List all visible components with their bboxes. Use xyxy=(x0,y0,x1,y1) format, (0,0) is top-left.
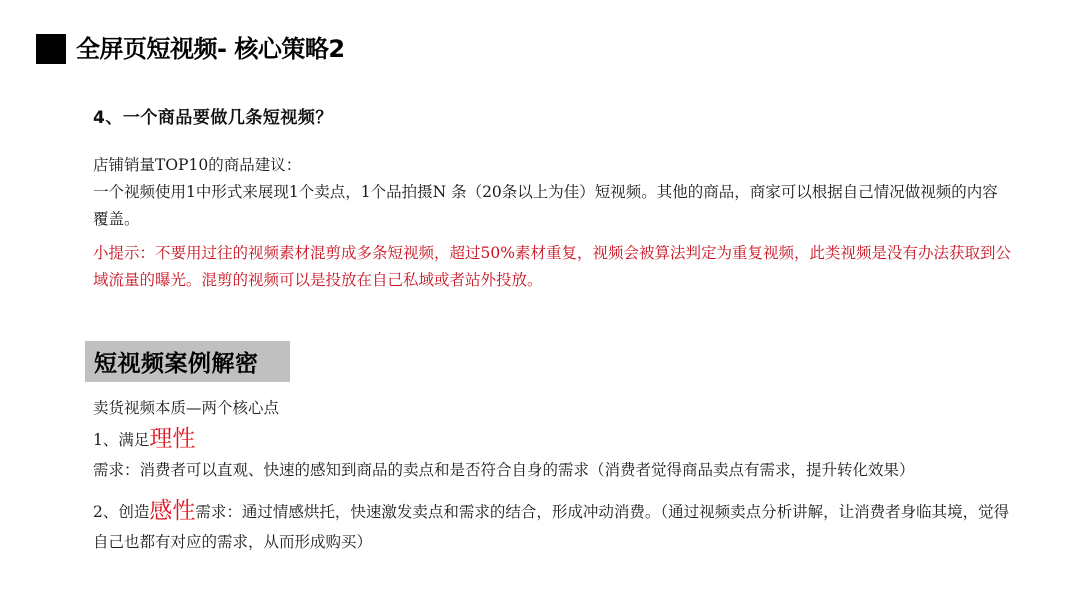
point-body: 需求：通过情感烘托，快速激发卖点和需求的结合，形成冲动消费。（通过视频卖点分析讲… xyxy=(93,503,1009,551)
top10-advice: 一个视频使用1中形式来展现1个卖点，1个品拍摄N 条（20条以上为佳）短视频。其… xyxy=(93,179,1013,233)
point-body: 需求：消费者可以直观、快速的感知到商品的卖点和是否符合自身的需求（消费者觉得商品… xyxy=(93,461,915,479)
slide-title-row: 全屏页短视频- 核心策略2 xyxy=(36,33,345,65)
point-emphasis: 理性 xyxy=(149,426,195,452)
point-prefix: 1、满足 xyxy=(93,431,149,449)
question-heading: 4、一个商品要做几条短视频？ xyxy=(93,105,333,131)
point-emphasis: 感性 xyxy=(149,498,195,524)
section-heading: 短视频案例解密 xyxy=(85,345,259,378)
tip-warning: 小提示：不要用过往的视频素材混剪成多条短视频，超过50%素材重复，视频会被算法判… xyxy=(93,240,1013,294)
core-points-subtitle: 卖货视频本质—两个核心点 xyxy=(93,396,279,420)
point-rational: 1、满足理性需求：消费者可以直观、快速的感知到商品的卖点和是否符合自身的需求（消… xyxy=(93,424,1013,485)
slide-title: 全屏页短视频- 核心策略2 xyxy=(76,33,345,65)
point-prefix: 2、创造 xyxy=(93,503,149,521)
title-marker-square xyxy=(36,34,66,64)
point-emotional: 2、创造感性需求：通过情感烘托，快速激发卖点和需求的结合，形成冲动消费。（通过视… xyxy=(93,496,1013,557)
section-heading-box: 短视频案例解密 xyxy=(85,341,290,382)
top10-intro: 店铺销量TOP10的商品建议： xyxy=(93,152,1013,179)
